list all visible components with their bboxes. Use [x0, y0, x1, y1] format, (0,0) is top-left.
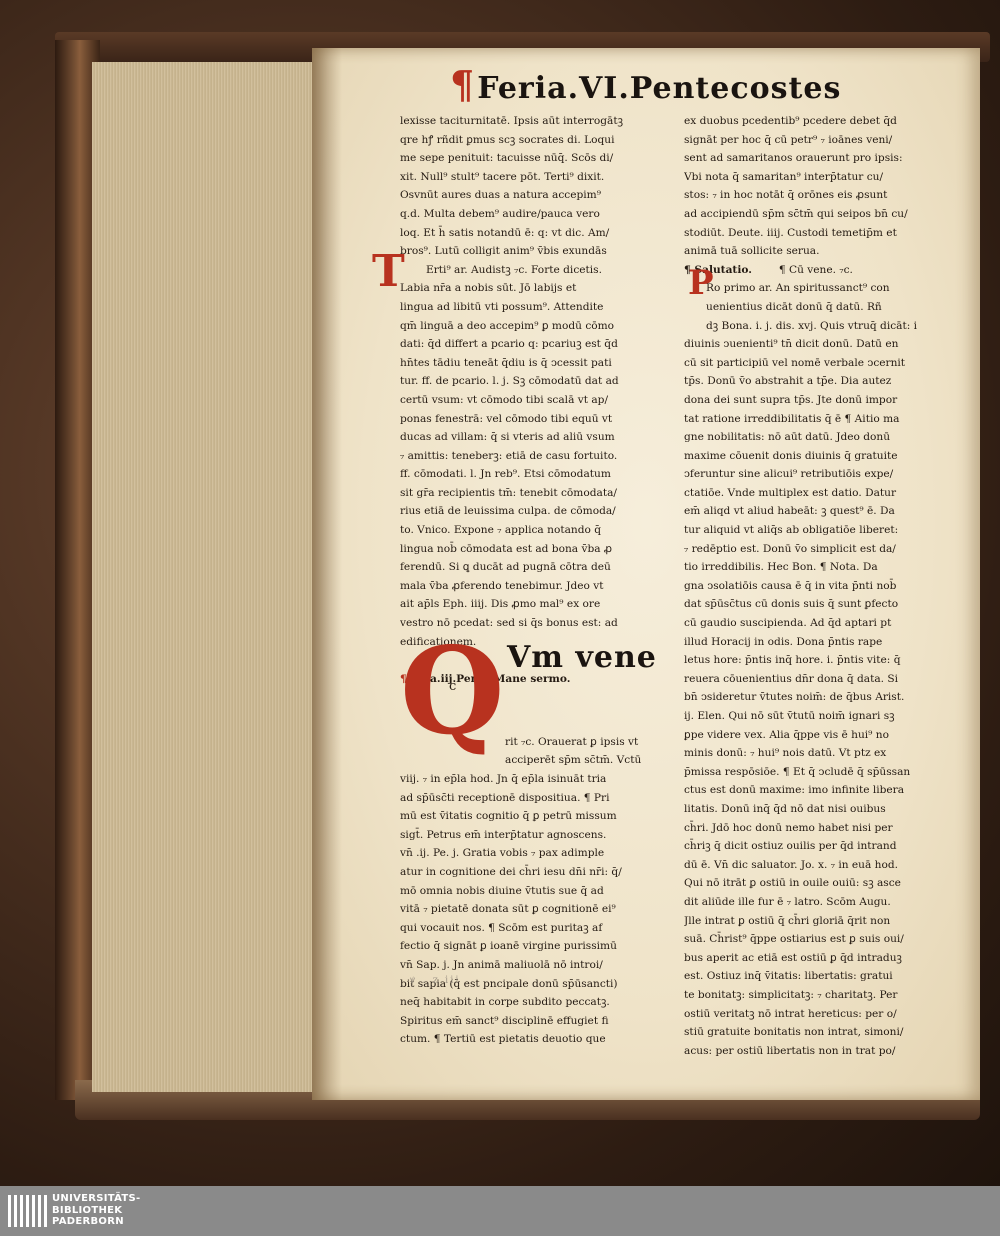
text-line: tp̄s. Donū v̄o abstrahit a tp̄e. Dia aut…: [684, 372, 966, 391]
text-line: minis donū: ₇ hui⁹ nois datū. Vt ptz ex: [684, 744, 966, 763]
text-line: ostiū veritatꝫ nō intrat hereticus: per …: [684, 1005, 966, 1024]
text-line: stiū gratuite bonitatis non intrat, simo…: [684, 1023, 966, 1042]
text-line: em̄ aliqd vt aliud habeāt: ꝫ quest⁹ ē. D…: [684, 502, 966, 521]
text-line: Qui nō itrāt ꝑ ostiū in ouile ouiū: sꝫ a…: [684, 874, 966, 893]
text-line: reuera cōuenientius dn̄r dona q̄ data. S…: [684, 670, 966, 689]
text-line: suā. Ch̄rist⁹ q̄ppe ostiarius est ꝑ suis…: [684, 930, 966, 949]
text-line: tur. ff. de pcario. l. j. Sꝫ cōmodatū da…: [400, 372, 682, 391]
text-line: neq̄ habitabit in corpe subdito peccatꝫ.: [400, 993, 682, 1012]
text-line: Spiritus em̄ sanct⁹ disciplinē effugiet …: [400, 1012, 682, 1031]
right-column-text-top: ex duobus pcedentib⁹ pcedere debet q̄dsi…: [684, 112, 966, 261]
text-line: vn̄ .ij. Pe. j. Gratia vobis ₇ pax adimp…: [400, 844, 682, 863]
text-line: bn̄ ↄsideretur v̄tutes noim̄: de q̄bus A…: [684, 688, 966, 707]
text-line: stodiūt. Deute. iiij. Custodi temetip̄m …: [684, 224, 966, 243]
text-line: dat sp̄ūsc̄tus cū donis suis q̄ sunt ꝑfe…: [684, 595, 966, 614]
text-line: qm̄ linguā a deo accepim⁹ ꝑ modū cōmo: [400, 317, 682, 336]
text-line: certū vsum: vt cōmodo tibi scalā vt ap/: [400, 391, 682, 410]
pilcrow-icon: ¶: [450, 62, 475, 107]
text-line: maxime cōuenit donis diuinis q̄ gratuite: [684, 447, 966, 466]
text-line: ctatiōe. Vnde multiplex est datio. Datur: [684, 484, 966, 503]
text-line: Erti⁹ ar. Audistꝫ ₇c. Forte dicetis.: [400, 261, 682, 280]
running-head: ¶Feria.VI.Pentecostes: [450, 62, 841, 107]
text-line: loq. Et h̄ satis notandū ē: q: vt dic. A…: [400, 224, 682, 243]
text-line: ₇ redēptio est. Donū v̄o simplicit est d…: [684, 540, 966, 559]
text-line: dati: q̄d differt a pcario q: pcariuꝫ es…: [400, 335, 682, 354]
left-column-text-top: lexisse taciturnitatē. Ipsis aūt interro…: [400, 112, 682, 651]
text-line: ch̄riꝫ q̄ dicit ostiuz ouilis per q̄d in…: [684, 837, 966, 856]
right-column: ex duobus pcedentib⁹ pcedere debet q̄dsi…: [684, 112, 966, 1060]
text-line: ad sp̄ūsc̄ti receptionē dispositiua. ¶ P…: [400, 789, 682, 808]
text-line: Ro primo ar. An spiritussanct⁹ con: [684, 279, 966, 298]
text-line: ctum. ¶ Tertiū est pietatis deuotio que: [400, 1030, 682, 1049]
text-line: tat ratione irreddibilitatis q̄ ē ¶ Aiti…: [684, 410, 966, 429]
text-line: signāt per hoc q̄ cū petr⁹ ₇ ioānes veni…: [684, 131, 966, 150]
text-line: letus hore: p̄ntis inq̄ hore. i. p̄ntis …: [684, 651, 966, 670]
text-line: ij. Elen. Qui nō sūt v̄tutū noim̄ ignari…: [684, 707, 966, 726]
text-line: rius etiā de leuissima culpa. de cōmoda/: [400, 502, 682, 521]
left-column: lexisse taciturnitatē. Ipsis aūt interro…: [400, 112, 682, 1049]
text-line: te bonitatꝫ: simplicitatꝫ: ₇ charitatꝫ. …: [684, 986, 966, 1005]
text-line: vitā ₇ pietatē donata sūt ꝑ cognitionē e…: [400, 900, 682, 919]
text-line: ducas ad villam: q̄ si vteris ad aliū vs…: [400, 428, 682, 447]
text-line: Jlle intrat ꝑ ostiū q̄ ch̄ri gloriā q̄ri…: [684, 912, 966, 931]
text-line: acus: per ostiū libertatis non in trat p…: [684, 1042, 966, 1061]
text-line: to. Vnico. Expone ₇ applica notando q̄: [400, 521, 682, 540]
text-line: ff. cōmodati. l. Jn reb⁹. Etsi cōmodatum: [400, 465, 682, 484]
text-line: dit aliūde ille fur ē ₇ latro. Scōm Augu…: [684, 893, 966, 912]
text-line: qui vocauit nos. ¶ Scōm est puritaꝫ af: [400, 919, 682, 938]
text-line: diuinis ↄuenienti⁹ tn̄ dicit donū. Datū …: [684, 335, 966, 354]
gutter-shadow: [312, 48, 342, 1100]
text-line: cū sit participiū vel nomē verbale ↄcern…: [684, 354, 966, 373]
text-line: ad accipiendū sp̄m sc̄tm̄ qui seipos bn̄…: [684, 205, 966, 224]
initial-letter-p: P: [688, 266, 714, 300]
text-line: bros⁹. Lutū colligit anim⁹ v̄bis exundās: [400, 242, 682, 261]
left-column-text-bottom: rit ₇c. Orauerat ꝑ ipsis vtacciperēt sp̄…: [400, 733, 682, 1049]
text-line: ꝑpe videre vex. Alia q̄ppe vis ē hui⁹ no: [684, 726, 966, 745]
text-line: ctus est donū maxime: imo infinite liber…: [684, 781, 966, 800]
text-line: fectio q̄ signāt ꝑ ioanē virgine purissi…: [400, 937, 682, 956]
text-line: ex duobus pcedentib⁹ pcedere debet q̄d: [684, 112, 966, 131]
right-column-text-main: Ro primo ar. An spiritussanct⁹ conuenien…: [684, 279, 966, 1060]
library-logo-text[interactable]: UNIVERSITÄTS- BIBLIOTHEK PADERBORN: [52, 1193, 141, 1228]
text-line: mō omnia nobis diuine v̄tutis sue q̄ ad: [400, 882, 682, 901]
text-line: sit gr̄a recipientis tm̄: tenebit cōmoda…: [400, 484, 682, 503]
text-line: gna ↄsolatiōis causa ē q̄ in vita p̄nti …: [684, 577, 966, 596]
text-line: dona dei sunt supra tp̄s. Jte donū impor: [684, 391, 966, 410]
text-line: ch̄ri. Jdō hoc donū nemo habet nisi per: [684, 819, 966, 838]
text-line: gne nobilitatis: nō aūt datū. Jdeo donū: [684, 428, 966, 447]
text-line: litatis. Donū inq̄ q̄d nō dat nisi ouibu…: [684, 800, 966, 819]
text-line: tio irreddibilis. Hec Bon. ¶ Nota. Da: [684, 558, 966, 577]
signature-mark: ꝟ . z iii: [410, 972, 461, 986]
text-line: p̄missa respōsiōe. ¶ Et q̄ ↄcludē q̄ sp̄…: [684, 763, 966, 782]
text-line: bus aperit ac etiā est ostiū ꝑ q̄d intra…: [684, 949, 966, 968]
text-line: stos: ₇ in hoc notāt q̄ orōnes eis ꝓsunt: [684, 186, 966, 205]
text-line: atur in cognitione dei ch̄ri iesu dn̄i n…: [400, 863, 682, 882]
text-line: mū est v̄itatis cognitio q̄ ꝑ petrū miss…: [400, 807, 682, 826]
text-line: Osvnūt aures duas a natura accepim⁹: [400, 186, 682, 205]
text-line: me sepe penituit: tacuisse nūq̄. Scōs di…: [400, 149, 682, 168]
text-line: est. Ostiuz inq̄ v̄itatis: libertatis: g…: [684, 967, 966, 986]
text-line: ait ap̄ls Eph. iiij. Dis ꝓmo mal⁹ ex ore: [400, 595, 682, 614]
text-line: hn̄tes tādiu teneāt q̄diu is q̄ ↄcessit …: [400, 354, 682, 373]
text-line: lexisse taciturnitatē. Ipsis aūt interro…: [400, 112, 682, 131]
guide-letter: c: [449, 679, 456, 694]
text-line: ₇ amittis: teneberꝫ: etiā de casu fortui…: [400, 447, 682, 466]
running-head-title: Feria.VI.Pentecostes: [477, 71, 841, 106]
text-line: animā tuā sollicite serua.: [684, 242, 966, 261]
text-line: dū ē. Vn̄ dic saluator. Jo. x. ₇ in euā …: [684, 856, 966, 875]
library-logo-icon: [8, 1195, 47, 1227]
salutatio-line: ¶ Salutatio. ¶ Cū vene. ₇c.: [684, 261, 966, 280]
text-line: sigt̄. Petrus em̄ interp̄tatur agnoscens…: [400, 826, 682, 845]
text-line: qre hꝭ rñdit ꝑmus scꝫ socrates di. Loqui: [400, 131, 682, 150]
text-line: sent ad samaritanos orauerunt pro ipsis:: [684, 149, 966, 168]
text-line: uenientius dicāt donū q̄ datū. Rñ: [684, 298, 966, 317]
text-line: dꝫ Bona. i. j. dis. xvj. Quis vtruq̄ dic…: [684, 317, 966, 336]
text-line: cū gaudio suscipienda. Ad q̄d aptari pt: [684, 614, 966, 633]
text-line: Vbi nota q̄ samaritan⁹ interp̄tatur cu/: [684, 168, 966, 187]
footer-bar: UNIVERSITÄTS- BIBLIOTHEK PADERBORN: [0, 1186, 1000, 1236]
text-line: viij. ₇ in ep̄la hod. Jn q̄ ep̄la isinuā…: [400, 770, 682, 789]
incipit-word: Vm vene: [507, 640, 657, 675]
text-line: q.d. Multa debem⁹ audire/pauca vero: [400, 205, 682, 224]
text-line: Labia nr̄a a nobis sūt. Jō labijs et: [400, 279, 682, 298]
text-line: ponas fenestrā: vel cōmodo tibi equū vt: [400, 410, 682, 429]
text-line: ferendū. Si ꝗ ducāt ad pugnā cōtra deū: [400, 558, 682, 577]
text-line: lingua nob̄ cōmodata est ad bona v̄ba ꝓ: [400, 540, 682, 559]
text-line: mala v̄ba ꝓferendo tenebimur. Jdeo vt: [400, 577, 682, 596]
text-line: lingua ad libitū vti possum⁹. Attendite: [400, 298, 682, 317]
page-fore-edges: [92, 62, 316, 1092]
text-line: illud Horacij in odis. Dona p̄ntis rape: [684, 633, 966, 652]
text-line: xit. Null⁹ stult⁹ tacere pōt. Terti⁹ dix…: [400, 168, 682, 187]
text-line: ↄferuntur sine alicui⁹ retributiōis expe…: [684, 465, 966, 484]
text-line: tur aliquid vt aliq̄s ab obligatiōe libe…: [684, 521, 966, 540]
